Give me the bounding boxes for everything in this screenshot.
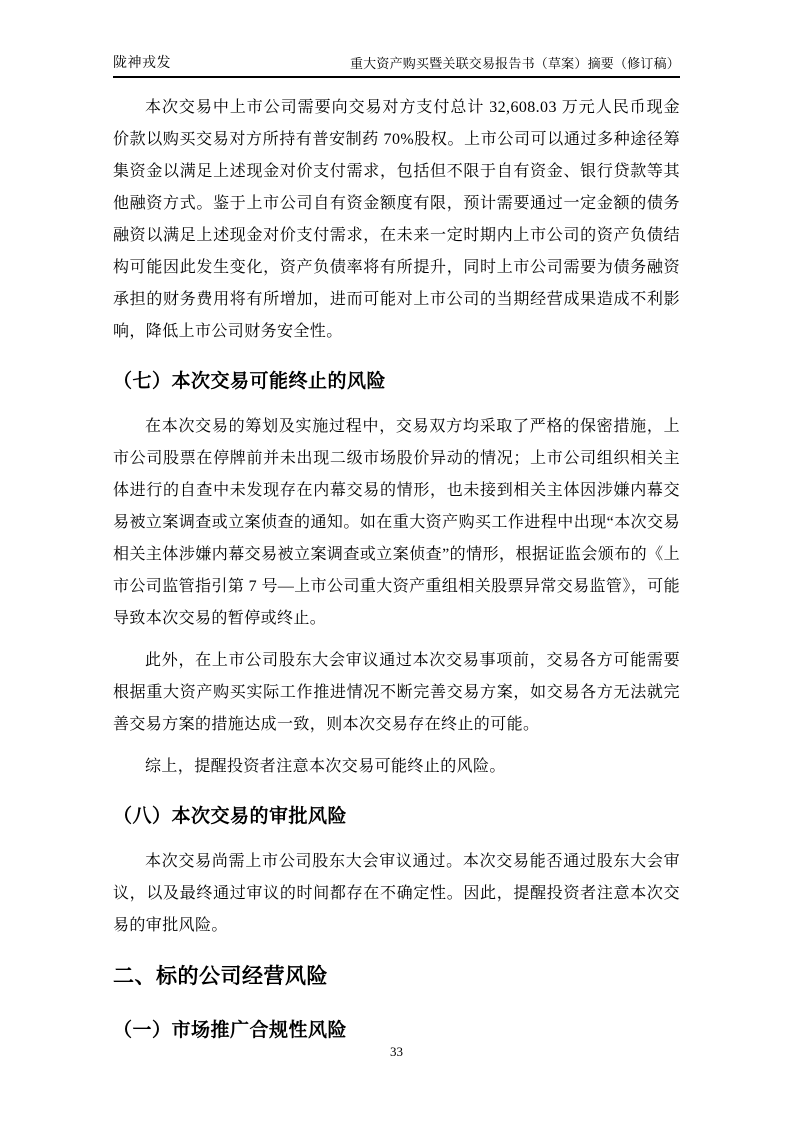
heading-section-two-operating-risk: 二、标的公司经营风险 — [113, 962, 680, 991]
paragraph-approval-risk: 本次交易尚需上市公司股东大会审议通过。本次交易能否通过股东大会审议，以及最终通过… — [113, 846, 680, 942]
heading-seven-termination-risk: （七）本次交易可能终止的风险 — [113, 368, 680, 395]
paragraph-termination-risk-summary: 综上，提醒投资者注意本次交易可能终止的风险。 — [113, 751, 680, 783]
paragraph-termination-risk-2: 此外，在上市公司股东大会审议通过本次交易事项前，交易各方可能需要根据重大资产购买… — [113, 645, 680, 741]
header-company-short-name: 陇神戎发 — [113, 52, 171, 72]
document-body: 本次交易中上市公司需要向交易对方支付总计 32,608.03 万元人民币现金价款… — [113, 92, 680, 1044]
header-report-title: 重大资产购买暨关联交易报告书（草案）摘要（修订稿） — [350, 53, 680, 72]
heading-eight-approval-risk: （八）本次交易的审批风险 — [113, 803, 680, 830]
document-page: 陇神戎发 重大资产购买暨关联交易报告书（草案）摘要（修订稿） 本次交易中上市公司… — [0, 0, 793, 1122]
page-number: 33 — [0, 1044, 793, 1060]
paragraph-termination-risk-1: 在本次交易的筹划及实施过程中，交易双方均采取了严格的保密措施，上市公司股票在停牌… — [113, 411, 680, 635]
heading-two-one-marketing-compliance-risk: （一）市场推广合规性风险 — [113, 1017, 680, 1044]
paragraph-payment-funding-risk: 本次交易中上市公司需要向交易对方支付总计 32,608.03 万元人民币现金价款… — [113, 92, 680, 348]
page-header: 陇神戎发 重大资产购买暨关联交易报告书（草案）摘要（修订稿） — [113, 52, 680, 78]
